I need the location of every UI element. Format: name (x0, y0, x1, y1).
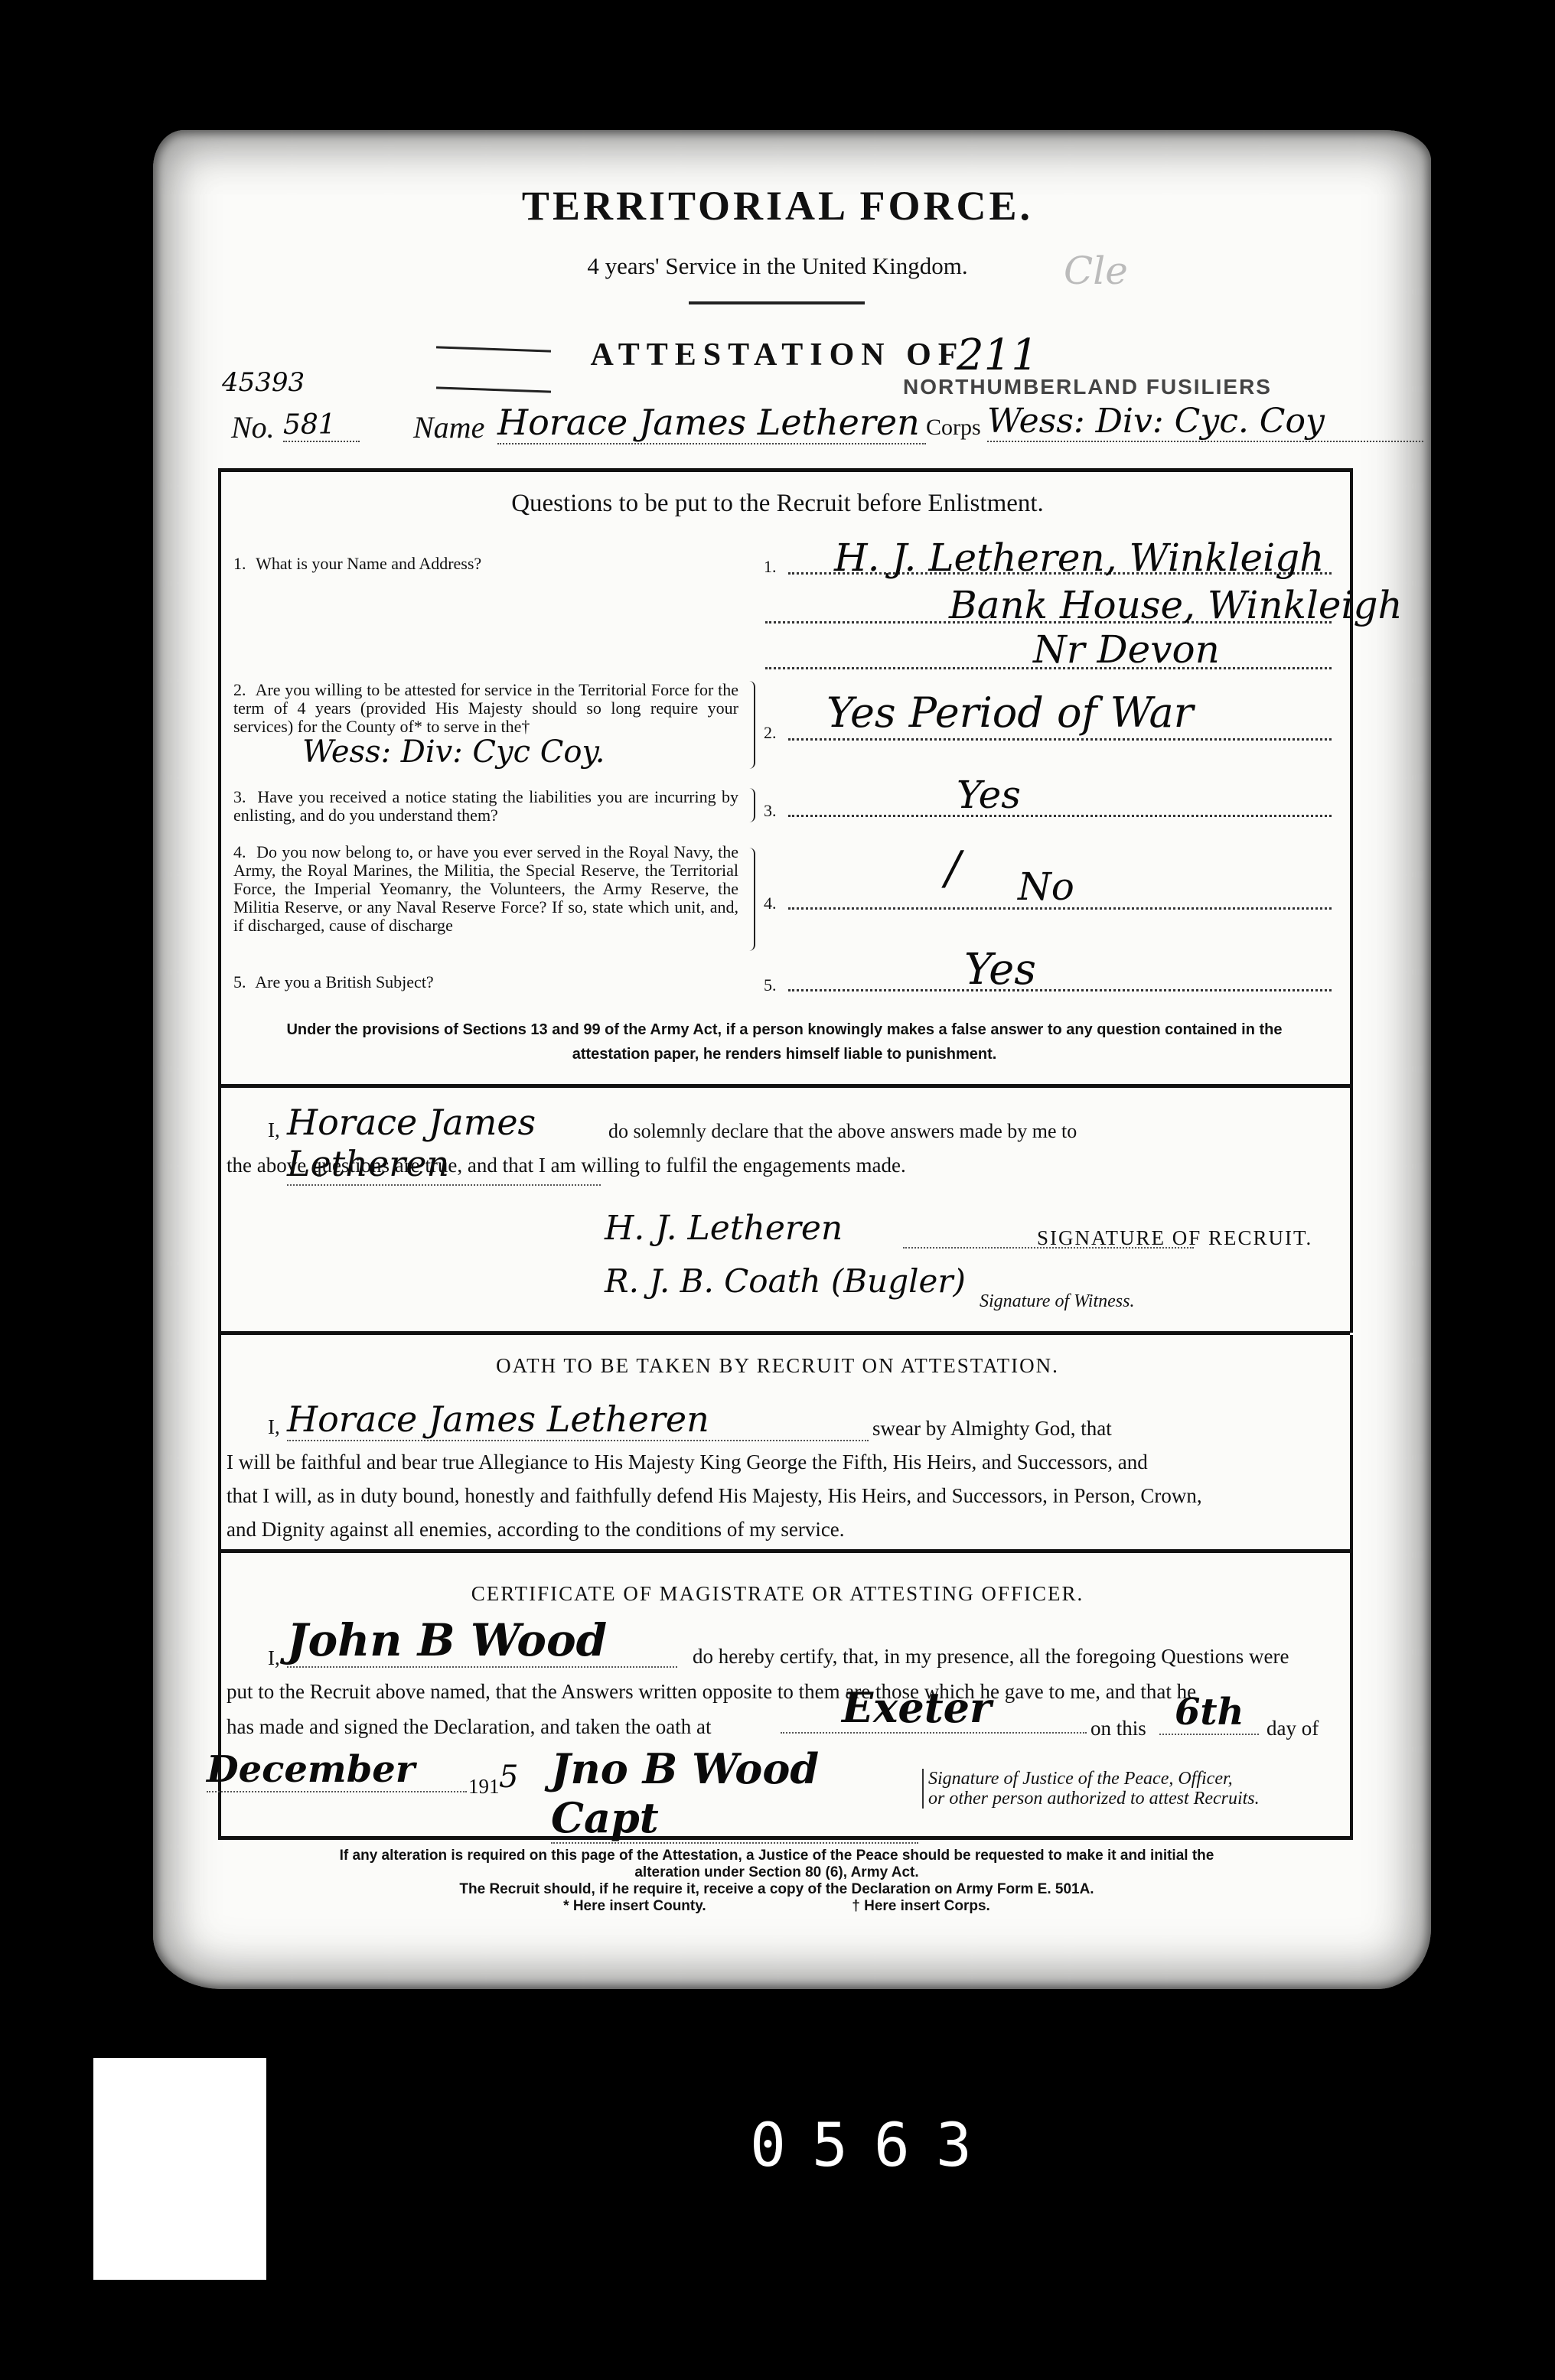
note-corps: † Here insert Corps. (852, 1898, 990, 1914)
oath-line-4: and Dignity against all enemies, accordi… (227, 1518, 845, 1542)
footer-line-3: The Recruit should, if he require it, re… (260, 1881, 1293, 1898)
questions-heading: Questions to be put to the Recruit befor… (0, 490, 1555, 518)
answer-number: 2. (764, 723, 777, 743)
margin-mark: 211 (957, 330, 1038, 380)
certificate-line-1: do hereby certify, that, in my presence,… (693, 1645, 1289, 1669)
year-suffix-field[interactable]: 5 (499, 1760, 518, 1795)
question-3: 3. Have you received a notice stating th… (233, 788, 738, 825)
number-field[interactable]: 581 (283, 409, 360, 442)
oath-place-field[interactable]: Exeter (781, 1683, 1087, 1734)
answer-number: 3. (764, 801, 777, 821)
corps-label: Corps (926, 415, 981, 441)
question-text: Have you received a notice stating the l… (233, 787, 738, 825)
footer-notes: If any alteration is required on this pa… (260, 1848, 1293, 1915)
question-text: Are you willing to be attested for servi… (233, 680, 738, 736)
recruit-signature-label: SIGNATURE OF RECRUIT. (1037, 1226, 1312, 1250)
officer-name-field[interactable]: John B Wood (287, 1614, 677, 1668)
question-number: 3. (233, 788, 252, 806)
officer-signature[interactable]: Jno B Wood Capt (551, 1744, 918, 1844)
brace (746, 848, 755, 951)
answer-number: 1. (764, 557, 777, 577)
question-2: 2. Are you willing to be attested for se… (233, 681, 738, 736)
oath-name-field[interactable]: Horace James Letheren (287, 1398, 869, 1441)
corps-field[interactable]: Wess: Div: Cyc. Coy (987, 402, 1423, 442)
question-5: 5. Are you a British Subject? (233, 973, 738, 991)
recruit-signature[interactable]: H. J. Letheren (605, 1209, 843, 1248)
answer-2[interactable]: Yes Period of War (826, 689, 1193, 737)
oath-prefix: I, (268, 1415, 280, 1439)
film-frame-number: 0563 (750, 2111, 998, 2180)
answer-line (788, 815, 1332, 817)
question-text: Are you a British Subject? (255, 972, 433, 991)
answer-3[interactable]: Yes (957, 773, 1021, 817)
answer-1-line-2[interactable]: Bank House, Winkleigh (949, 583, 1403, 627)
film-target-block (93, 2058, 266, 2280)
question-text: Do you now belong to, or have you ever s… (233, 842, 738, 935)
question-text: What is your Name and Address? (256, 554, 481, 573)
answer-4[interactable]: No (1018, 864, 1074, 909)
footer-line-1: If any alteration is required on this pa… (260, 1848, 1293, 1864)
officer-signature-label: Signature of Justice of the Peace, Offic… (922, 1769, 1260, 1809)
regimental-number: 45393 (222, 367, 305, 398)
brace (746, 681, 755, 769)
oath-line-3: that I will, as in duty bound, honestly … (227, 1484, 1202, 1508)
form-title: TERRITORIAL FORCE. (0, 182, 1555, 230)
answer-5[interactable]: Yes (964, 945, 1036, 995)
regiment-stamp: NORTHUMBERLAND FUSILIERS (903, 375, 1272, 399)
oath-heading: OATH TO BE TAKEN BY RECRUIT ON ATTESTATI… (0, 1354, 1555, 1378)
corps-inline-fill[interactable]: Wess: Div: Cyc Coy. (302, 734, 605, 770)
certificate-prefix: I, (268, 1646, 280, 1670)
question-number: 2. (233, 681, 252, 699)
footer-insert-notes: * Here insert County. † Here insert Corp… (260, 1898, 1293, 1915)
year-prefix: 191 (468, 1775, 500, 1799)
form-subtitle: 4 years' Service in the United Kingdom. (0, 252, 1555, 280)
answer-line (788, 989, 1332, 991)
brace (746, 788, 755, 822)
faint-pencil-mark: Cle (1064, 249, 1128, 293)
title-rule (689, 301, 865, 304)
name-label: Name (413, 409, 484, 445)
declaration-line-2: the above questions are true, and that I… (227, 1154, 906, 1177)
day-field[interactable]: 6th (1159, 1691, 1259, 1735)
number-label: No. (231, 409, 275, 445)
certificate-heading: CERTIFICATE OF MAGISTRATE OR ATTESTING O… (0, 1582, 1555, 1606)
certificate-line-3b: on this (1090, 1717, 1146, 1740)
footer-line-2: alteration under Section 80 (6), Army Ac… (260, 1864, 1293, 1881)
false-answer-warning: Under the provisions of Sections 13 and … (260, 1017, 1309, 1066)
officer-signature-label-line-2: or other person authorized to attest Rec… (928, 1789, 1260, 1809)
witness-signature[interactable]: R. J. B. Coath (Bugler) (605, 1262, 966, 1300)
answer-number: 4. (764, 894, 777, 913)
question-4: 4. Do you now belong to, or have you eve… (233, 843, 738, 935)
declaration-line-1: do solemnly declare that the above answe… (608, 1120, 1077, 1143)
question-number: 4. (233, 843, 252, 861)
question-number: 1. (233, 555, 252, 573)
oath-line-2: I will be faithful and bear true Allegia… (227, 1450, 1148, 1474)
declaration-prefix: I, (268, 1118, 280, 1142)
oath-line-1: swear by Almighty God, that (872, 1417, 1112, 1441)
question-1: 1. What is your Name and Address? (233, 555, 738, 573)
note-county: * Here insert County. (563, 1898, 706, 1914)
witness-signature-label: Signature of Witness. (980, 1291, 1134, 1312)
question-number: 5. (233, 973, 252, 991)
pen-stroke-mark: / (945, 842, 960, 895)
answer-number: 5. (764, 975, 777, 995)
month-field[interactable]: December (207, 1748, 467, 1792)
answer-line (788, 738, 1332, 741)
answer-1-line-1[interactable]: H. J. Letheren, Winkleigh (834, 536, 1324, 580)
answer-1-line-3[interactable]: Nr Devon (1033, 627, 1220, 672)
name-field[interactable]: Horace James Letheren (497, 402, 926, 444)
certificate-line-3a: has made and signed the Declaration, and… (227, 1715, 712, 1739)
certificate-line-3c: day of (1266, 1717, 1319, 1740)
officer-signature-label-line-1: Signature of Justice of the Peace, Offic… (928, 1769, 1260, 1789)
